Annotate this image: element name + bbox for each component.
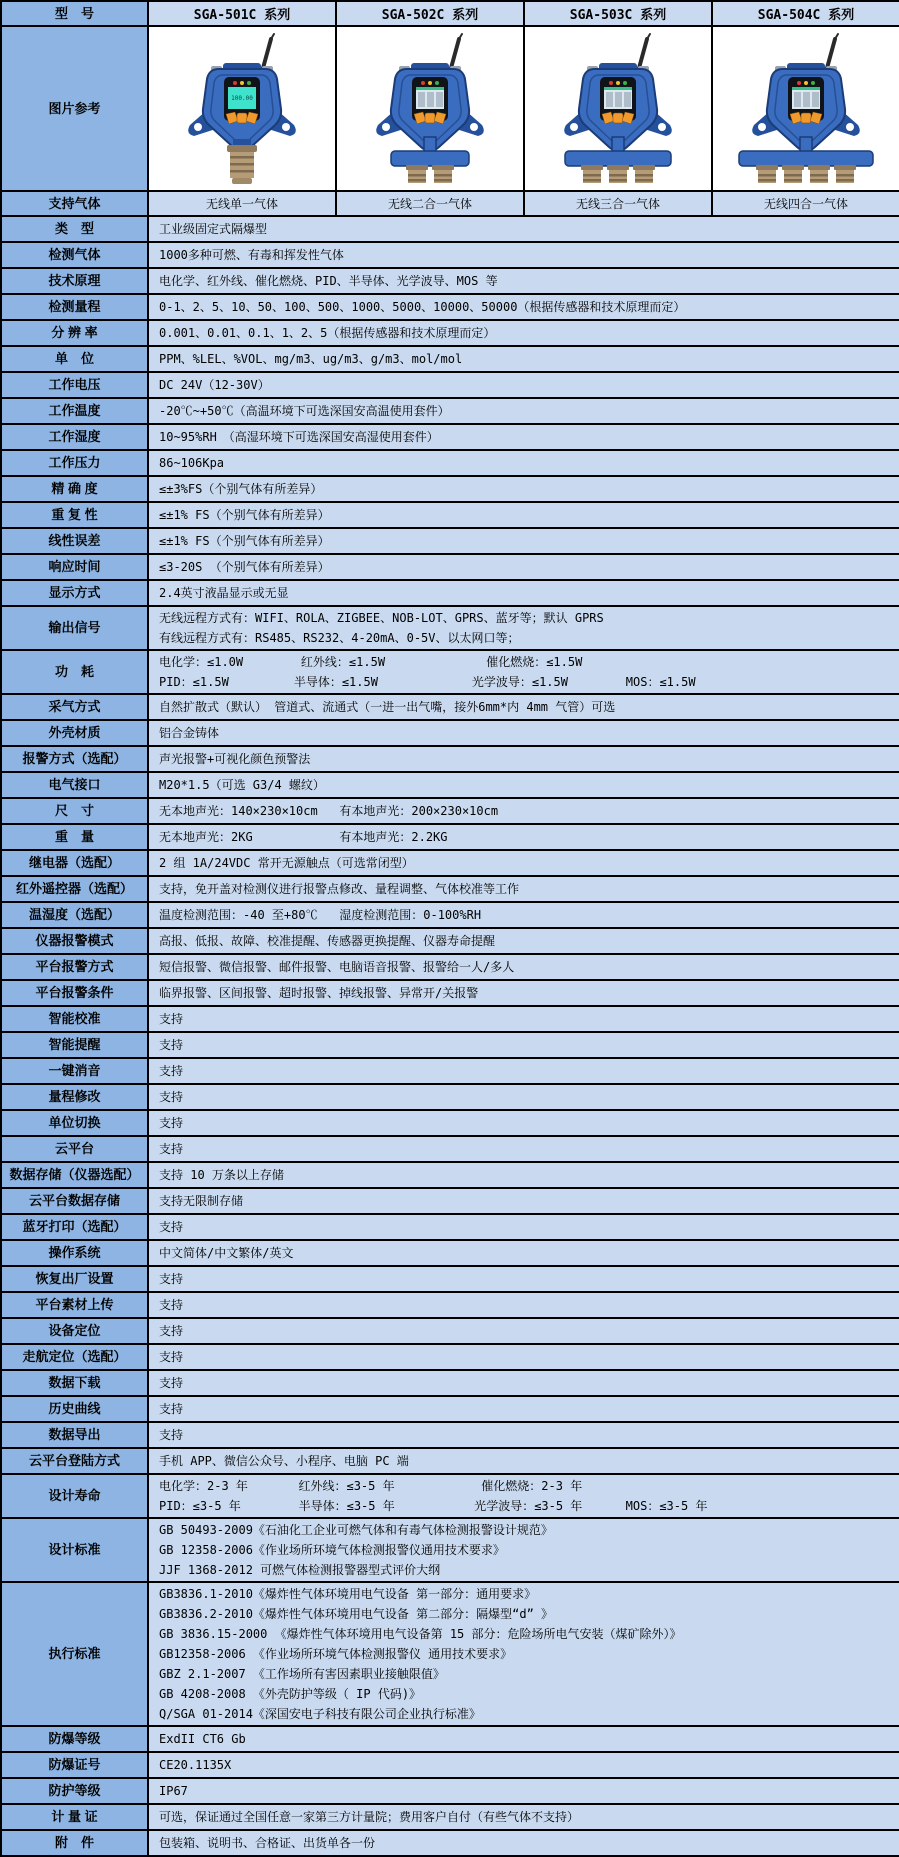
spec-row: 电气接口M20*1.5（可选 G3/4 螺纹） <box>1 772 899 798</box>
spec-row: 工作电压DC 24V（12-30V） <box>1 372 899 398</box>
spec-row-value: 工业级固定式隔爆型 <box>148 216 899 242</box>
spec-value-line: DC 24V（12-30V） <box>159 375 889 395</box>
spec-row: 工作温度-20℃~+50℃（高温环境下可选深国安高温使用套件） <box>1 398 899 424</box>
spec-row-value: CE20.1135X <box>148 1752 899 1778</box>
spec-row: 输出信号无线远程方式有：WIFI、ROLA、ZIGBEE、NOB-LOT、GPR… <box>1 606 899 650</box>
spec-row-label: 数据存储（仪器选配） <box>1 1162 148 1188</box>
spec-row-value: 支持 <box>148 1422 899 1448</box>
spec-row-value: 可选，保证通过全国任意一家第三方计量院；费用客户自付（有些气体不支持） <box>148 1804 899 1830</box>
supported-gas-label: 支持气体 <box>1 191 148 216</box>
spec-value-line: 支持 <box>159 1009 889 1029</box>
spec-value-line: ≤±1% FS（个别气体有所差异） <box>159 505 889 525</box>
spec-value-line: 0-1、2、5、10、50、100、500、1000、5000、10000、50… <box>159 297 889 317</box>
spec-value-line: PPM、%LEL、%VOL、mg/m3、ug/m3、g/m3、mol/mol <box>159 349 889 369</box>
spec-row: 执行标准GB3836.1-2010《爆炸性气体环境用电气设备 第一部分：通用要求… <box>1 1582 899 1726</box>
spec-row: 操作系统中文简体/中文繁体/英文 <box>1 1240 899 1266</box>
spec-row: 重 复 性≤±1% FS（个别气体有所差异） <box>1 502 899 528</box>
spec-row-label: 采气方式 <box>1 694 148 720</box>
spec-row-value: 支持 <box>148 1292 899 1318</box>
spec-value-line: 1000多种可燃、有毒和挥发性气体 <box>159 245 889 265</box>
spec-value-line: 2 组 1A/24VDC 常开无源触点（可选常闭型） <box>159 853 889 873</box>
spec-value-line: 支持 <box>159 1035 889 1055</box>
spec-value-line: GB 12358-2006《作业场所环境气体检测报警仪通用技术要求》 <box>159 1540 889 1560</box>
spec-row-value: GB3836.1-2010《爆炸性气体环境用电气设备 第一部分：通用要求》GB3… <box>148 1582 899 1726</box>
gas-detector-image-2 <box>355 27 505 190</box>
spec-row-label: 防爆证号 <box>1 1752 148 1778</box>
spec-row-label: 设计寿命 <box>1 1474 148 1518</box>
spec-value-line: 支持 <box>159 1295 889 1315</box>
spec-row-label: 工作压力 <box>1 450 148 476</box>
spec-row-value: ExdII CT6 Gb <box>148 1726 899 1752</box>
spec-row: 线性误差≤±1% FS（个别气体有所差异） <box>1 528 899 554</box>
spec-value-line: PID：≤1.5W 半导体：≤1.5W 光学波导：≤1.5W MOS：≤1.5W <box>159 672 889 692</box>
spec-value-line: 电化学：2-3 年 红外线：≤3-5 年 催化燃烧：2-3 年 <box>159 1476 889 1496</box>
spec-row-value: 电化学：2-3 年 红外线：≤3-5 年 催化燃烧：2-3 年PID：≤3-5 … <box>148 1474 899 1518</box>
spec-value-line: 支持 <box>159 1269 889 1289</box>
spec-row: 智能提醒支持 <box>1 1032 899 1058</box>
spec-row-label: 走航定位（选配） <box>1 1344 148 1370</box>
spec-row-value: 支持 <box>148 1344 899 1370</box>
spec-row-value: ≤±1% FS（个别气体有所差异） <box>148 528 899 554</box>
spec-row-label: 智能校准 <box>1 1006 148 1032</box>
spec-row-value: 86~106Kpa <box>148 450 899 476</box>
spec-row: 响应时间≤3-20S （个别气体有所差异） <box>1 554 899 580</box>
spec-value-line: 手机 APP、微信公众号、小程序、电脑 PC 端 <box>159 1451 889 1471</box>
spec-value-line: 中文简体/中文繁体/英文 <box>159 1243 889 1263</box>
spec-row-value: 无线远程方式有：WIFI、ROLA、ZIGBEE、NOB-LOT、GPRS、蓝牙… <box>148 606 899 650</box>
spec-value-line: -20℃~+50℃（高温环境下可选深国安高温使用套件） <box>159 401 889 421</box>
gas-detector-image-4 <box>731 27 881 190</box>
spec-row: 平台报警方式短信报警、微信报警、邮件报警、电脑语音报警、报警给一人/多人 <box>1 954 899 980</box>
model-header-row: 型 号 SGA-501C 系列 SGA-502C 系列 SGA-503C 系列 … <box>1 1 899 26</box>
spec-value-line: GB12358-2006 《作业场所环境气体检测报警仪 通用技术要求》 <box>159 1644 889 1664</box>
spec-row: 设备定位支持 <box>1 1318 899 1344</box>
spec-row-label: 报警方式（选配） <box>1 746 148 772</box>
spec-value-line: 支持 <box>159 1113 889 1133</box>
spec-row-label: 温湿度（选配） <box>1 902 148 928</box>
spec-row-value: 支持 <box>148 1318 899 1344</box>
spec-row: 恢复出厂设置支持 <box>1 1266 899 1292</box>
spec-row: 显示方式2.4英寸液晶显示或无显 <box>1 580 899 606</box>
spec-row-label: 计 量 证 <box>1 1804 148 1830</box>
spec-row-label: 量程修改 <box>1 1084 148 1110</box>
spec-value-line: 无本地声光：2KG 有本地声光：2.2KG <box>159 827 889 847</box>
supported-gas-row: 支持气体 无线单一气体 无线二合一气体 无线三合一气体 无线四合一气体 <box>1 191 899 216</box>
spec-row-label: 蓝牙打印（选配） <box>1 1214 148 1240</box>
spec-value-line: 自然扩散式（默认） 管道式、流通式（一进一出气嘴，接外6mm*内 4mm 气管）… <box>159 697 889 717</box>
spec-row-value: 电化学：≤1.0W 红外线：≤1.5W 催化燃烧：≤1.5WPID：≤1.5W … <box>148 650 899 694</box>
spec-value-line: 2.4英寸液晶显示或无显 <box>159 583 889 603</box>
spec-row-label: 工作湿度 <box>1 424 148 450</box>
spec-row: 继电器（选配）2 组 1A/24VDC 常开无源触点（可选常闭型） <box>1 850 899 876</box>
spec-row-value: 短信报警、微信报警、邮件报警、电脑语音报警、报警给一人/多人 <box>148 954 899 980</box>
spec-row-value: 临界报警、区间报警、超时报警、掉线报警、异常开/关报警 <box>148 980 899 1006</box>
image-reference-row: 图片参考 100.00 <box>1 26 899 191</box>
spec-row: 尺 寸无本地声光：140×230×10cm 有本地声光：200×230×10cm <box>1 798 899 824</box>
spec-row: 云平台支持 <box>1 1136 899 1162</box>
spec-value-line: ExdII CT6 Gb <box>159 1729 889 1749</box>
spec-row: 单位切换支持 <box>1 1110 899 1136</box>
spec-value-line: 电化学：≤1.0W 红外线：≤1.5W 催化燃烧：≤1.5W <box>159 652 889 672</box>
spec-value-line: 支持 <box>159 1139 889 1159</box>
spec-value-line: 支持，免开盖对检测仪进行报警点修改、量程调整、气体校准等工作 <box>159 879 889 899</box>
spec-row: 仪器报警模式高报、低报、故障、校准提醒、传感器更换提醒、仪器寿命提醒 <box>1 928 899 954</box>
model-name-sga-501c: SGA-501C 系列 <box>148 1 336 26</box>
spec-row: 防护等级IP67 <box>1 1778 899 1804</box>
spec-row-value: 无本地声光：2KG 有本地声光：2.2KG <box>148 824 899 850</box>
spec-value-line: GB 50493-2009《石油化工企业可燃气体和有毒气体检测报警设计规范》 <box>159 1520 889 1540</box>
gas-detector-image-1: 100.00 <box>167 27 317 190</box>
spec-value-line: 支持 <box>159 1321 889 1341</box>
spec-value-line: 支持 <box>159 1425 889 1445</box>
spec-value-line: GB3836.1-2010《爆炸性气体环境用电气设备 第一部分：通用要求》 <box>159 1584 889 1604</box>
spec-value-line: 支持 <box>159 1347 889 1367</box>
svg-text:100.00: 100.00 <box>231 95 253 102</box>
supported-gas-value-3: 无线三合一气体 <box>524 191 712 216</box>
spec-row-label: 功 耗 <box>1 650 148 694</box>
spec-value-line: GB3836.2-2010《爆炸性气体环境用电气设备 第二部分：隔爆型“d” 》 <box>159 1604 889 1624</box>
spec-value-line: 临界报警、区间报警、超时报警、掉线报警、异常开/关报警 <box>159 983 889 1003</box>
spec-row-label: 技术原理 <box>1 268 148 294</box>
spec-row: 量程修改支持 <box>1 1084 899 1110</box>
spec-value-line: 0.001、0.01、0.1、1、2、5（根据传感器和技术原理而定） <box>159 323 889 343</box>
spec-row: 技术原理电化学、红外线、催化燃烧、PID、半导体、光学波导、MOS 等 <box>1 268 899 294</box>
spec-value-line: GBZ 2.1-2007 《工作场所有害因素职业接触限值》 <box>159 1664 889 1684</box>
spec-value-line: IP67 <box>159 1781 889 1801</box>
spec-row-label: 云平台 <box>1 1136 148 1162</box>
supported-gas-value-4: 无线四合一气体 <box>712 191 899 216</box>
spec-row: 防爆等级ExdII CT6 Gb <box>1 1726 899 1752</box>
spec-value-line: 有线远程方式有：RS485、RS232、4-20mA、0-5V、以太网口等； <box>159 628 889 648</box>
spec-value-line: 10~95%RH （高湿环境下可选深国安高湿使用套件） <box>159 427 889 447</box>
spec-row: 类 型工业级固定式隔爆型 <box>1 216 899 242</box>
spec-row-label: 数据下载 <box>1 1370 148 1396</box>
spec-row: 历史曲线支持 <box>1 1396 899 1422</box>
spec-row-value: M20*1.5（可选 G3/4 螺纹） <box>148 772 899 798</box>
spec-value-line: JJF 1368-2012 可燃气体检测报警器型式评价大纲 <box>159 1560 889 1580</box>
spec-row-value: 支持 <box>148 1396 899 1422</box>
spec-row-label: 工作电压 <box>1 372 148 398</box>
spec-row-value: ≤±1% FS（个别气体有所差异） <box>148 502 899 528</box>
spec-row-label: 继电器（选配） <box>1 850 148 876</box>
spec-value-line: ≤±3%FS（个别气体有所差异） <box>159 479 889 499</box>
spec-row-label: 云平台数据存储 <box>1 1188 148 1214</box>
spec-row-label: 一键消音 <box>1 1058 148 1084</box>
spec-row: 重 量无本地声光：2KG 有本地声光：2.2KG <box>1 824 899 850</box>
spec-value-line: 电化学、红外线、催化燃烧、PID、半导体、光学波导、MOS 等 <box>159 271 889 291</box>
spec-value-line: 支持 10 万条以上存储 <box>159 1165 889 1185</box>
spec-row: 检测气体1000多种可燃、有毒和挥发性气体 <box>1 242 899 268</box>
spec-value-line: 工业级固定式隔爆型 <box>159 219 889 239</box>
spec-value-line: ≤3-20S （个别气体有所差异） <box>159 557 889 577</box>
spec-value-line: 高报、低报、故障、校准提醒、传感器更换提醒、仪器寿命提醒 <box>159 931 889 951</box>
spec-value-line: GB 4208-2008 《外壳防护等级（ IP 代码)》 <box>159 1684 889 1704</box>
spec-row-value: 0-1、2、5、10、50、100、500、1000、5000、10000、50… <box>148 294 899 320</box>
spec-row: 分 辨 率0.001、0.01、0.1、1、2、5（根据传感器和技术原理而定） <box>1 320 899 346</box>
spec-row-value: 支持 <box>148 1032 899 1058</box>
spec-value-line: GB 3836.15-2000 《爆炸性气体环境用电气设备第 15 部分：危险场… <box>159 1624 889 1644</box>
spec-row-value: GB 50493-2009《石油化工企业可燃气体和有毒气体检测报警设计规范》GB… <box>148 1518 899 1582</box>
spec-row: 检测量程0-1、2、5、10、50、100、500、1000、5000、1000… <box>1 294 899 320</box>
spec-row-label: 响应时间 <box>1 554 148 580</box>
model-name-sga-502c: SGA-502C 系列 <box>336 1 524 26</box>
spec-row: 工作湿度10~95%RH （高湿环境下可选深国安高湿使用套件） <box>1 424 899 450</box>
spec-row-value: 1000多种可燃、有毒和挥发性气体 <box>148 242 899 268</box>
spec-row-label: 输出信号 <box>1 606 148 650</box>
spec-row-value: 支持 10 万条以上存储 <box>148 1162 899 1188</box>
spec-row: 平台素材上传支持 <box>1 1292 899 1318</box>
spec-row-label: 设计标准 <box>1 1518 148 1582</box>
spec-row: 云平台数据存储支持无限制存储 <box>1 1188 899 1214</box>
spec-value-line: 包装箱、说明书、合格证、出货单各一份 <box>159 1833 889 1853</box>
spec-value-line: 支持 <box>159 1373 889 1393</box>
spec-row-value: 支持 <box>148 1084 899 1110</box>
spec-value-line: 支持 <box>159 1061 889 1081</box>
spec-row-value: 支持 <box>148 1058 899 1084</box>
spec-row-value: 2.4英寸液晶显示或无显 <box>148 580 899 606</box>
spec-row: 采气方式自然扩散式（默认） 管道式、流通式（一进一出气嘴，接外6mm*内 4mm… <box>1 694 899 720</box>
spec-row: 温湿度（选配）温度检测范围：-40 至+80℃ 湿度检测范围：0-100%RH <box>1 902 899 928</box>
spec-row-label: 红外遥控器（选配） <box>1 876 148 902</box>
spec-value-line: 温度检测范围：-40 至+80℃ 湿度检测范围：0-100%RH <box>159 905 889 925</box>
spec-row-label: 恢复出厂设置 <box>1 1266 148 1292</box>
spec-row-value: 2 组 1A/24VDC 常开无源触点（可选常闭型） <box>148 850 899 876</box>
spec-row: 设计标准GB 50493-2009《石油化工企业可燃气体和有毒气体检测报警设计规… <box>1 1518 899 1582</box>
spec-row-value: 支持 <box>148 1214 899 1240</box>
spec-row-value: 包装箱、说明书、合格证、出货单各一份 <box>148 1830 899 1856</box>
spec-row-label: 尺 寸 <box>1 798 148 824</box>
spec-row: 数据下载支持 <box>1 1370 899 1396</box>
spec-row: 智能校准支持 <box>1 1006 899 1032</box>
spec-row-value: ≤3-20S （个别气体有所差异） <box>148 554 899 580</box>
spec-row-value: DC 24V（12-30V） <box>148 372 899 398</box>
spec-row-label: 工作温度 <box>1 398 148 424</box>
spec-value-line: ≤±1% FS（个别气体有所差异） <box>159 531 889 551</box>
spec-row-label: 精 确 度 <box>1 476 148 502</box>
spec-row-label: 防护等级 <box>1 1778 148 1804</box>
model-name-sga-504c: SGA-504C 系列 <box>712 1 899 26</box>
spec-value-line: 铝合金铸体 <box>159 723 889 743</box>
spec-row-label: 智能提醒 <box>1 1032 148 1058</box>
spec-row-label: 执行标准 <box>1 1582 148 1726</box>
spec-value-line: CE20.1135X <box>159 1755 889 1775</box>
spec-row-value: 手机 APP、微信公众号、小程序、电脑 PC 端 <box>148 1448 899 1474</box>
supported-gas-value-1: 无线单一气体 <box>148 191 336 216</box>
spec-row-value: 支持 <box>148 1136 899 1162</box>
spec-row-label: 平台报警方式 <box>1 954 148 980</box>
spec-row-value: ≤±3%FS（个别气体有所差异） <box>148 476 899 502</box>
spec-row-label: 分 辨 率 <box>1 320 148 346</box>
spec-value-line: 无线远程方式有：WIFI、ROLA、ZIGBEE、NOB-LOT、GPRS、蓝牙… <box>159 608 889 628</box>
spec-row-value: 电化学、红外线、催化燃烧、PID、半导体、光学波导、MOS 等 <box>148 268 899 294</box>
model-header-label: 型 号 <box>1 1 148 26</box>
spec-row-value: 支持 <box>148 1266 899 1292</box>
spec-value-line: 声光报警+可视化颜色预警法 <box>159 749 889 769</box>
spec-row-value: 中文简体/中文繁体/英文 <box>148 1240 899 1266</box>
spec-row-label: 重 复 性 <box>1 502 148 528</box>
spec-row: 精 确 度≤±3%FS（个别气体有所差异） <box>1 476 899 502</box>
spec-row: 计 量 证可选，保证通过全国任意一家第三方计量院；费用客户自付（有些气体不支持） <box>1 1804 899 1830</box>
spec-value-line: 支持 <box>159 1217 889 1237</box>
spec-value-line: 支持 <box>159 1399 889 1419</box>
spec-row: 平台报警条件临界报警、区间报警、超时报警、掉线报警、异常开/关报警 <box>1 980 899 1006</box>
spec-row-label: 仪器报警模式 <box>1 928 148 954</box>
spec-row: 云平台登陆方式手机 APP、微信公众号、小程序、电脑 PC 端 <box>1 1448 899 1474</box>
spec-row-value: IP67 <box>148 1778 899 1804</box>
spec-row: 外壳材质铝合金铸体 <box>1 720 899 746</box>
spec-row: 一键消音支持 <box>1 1058 899 1084</box>
spec-row-value: 10~95%RH （高湿环境下可选深国安高湿使用套件） <box>148 424 899 450</box>
spec-row: 功 耗电化学：≤1.0W 红外线：≤1.5W 催化燃烧：≤1.5WPID：≤1.… <box>1 650 899 694</box>
spec-row-label: 防爆等级 <box>1 1726 148 1752</box>
spec-row: 设计寿命电化学：2-3 年 红外线：≤3-5 年 催化燃烧：2-3 年PID：≤… <box>1 1474 899 1518</box>
spec-row-label: 检测气体 <box>1 242 148 268</box>
spec-row-value: 自然扩散式（默认） 管道式、流通式（一进一出气嘴，接外6mm*内 4mm 气管）… <box>148 694 899 720</box>
spec-row: 防爆证号CE20.1135X <box>1 1752 899 1778</box>
spec-row-label: 云平台登陆方式 <box>1 1448 148 1474</box>
spec-row-value: 0.001、0.01、0.1、1、2、5（根据传感器和技术原理而定） <box>148 320 899 346</box>
spec-row-label: 检测量程 <box>1 294 148 320</box>
spec-row-label: 单 位 <box>1 346 148 372</box>
spec-row: 红外遥控器（选配）支持，免开盖对检测仪进行报警点修改、量程调整、气体校准等工作 <box>1 876 899 902</box>
image-row-label: 图片参考 <box>1 26 148 191</box>
spec-value-line: 无本地声光：140×230×10cm 有本地声光：200×230×10cm <box>159 801 889 821</box>
gas-detector-image-3 <box>543 27 693 190</box>
spec-value-line: 可选，保证通过全国任意一家第三方计量院；费用客户自付（有些气体不支持） <box>159 1807 889 1827</box>
spec-row-label: 单位切换 <box>1 1110 148 1136</box>
spec-row-label: 附 件 <box>1 1830 148 1856</box>
spec-value-line: Q/SGA 01-2014《深国安电子科技有限公司企业执行标准》 <box>159 1704 889 1724</box>
model-name-sga-503c: SGA-503C 系列 <box>524 1 712 26</box>
spec-row-label: 设备定位 <box>1 1318 148 1344</box>
spec-row: 单 位PPM、%LEL、%VOL、mg/m3、ug/m3、g/m3、mol/mo… <box>1 346 899 372</box>
supported-gas-value-2: 无线二合一气体 <box>336 191 524 216</box>
spec-row: 蓝牙打印（选配）支持 <box>1 1214 899 1240</box>
spec-row-value: 支持 <box>148 1110 899 1136</box>
spec-value-line: M20*1.5（可选 G3/4 螺纹） <box>159 775 889 795</box>
spec-row-value: 声光报警+可视化颜色预警法 <box>148 746 899 772</box>
spec-row-label: 线性误差 <box>1 528 148 554</box>
spec-row: 走航定位（选配）支持 <box>1 1344 899 1370</box>
spec-value-line: PID：≤3-5 年 半导体：≤3-5 年 光学波导：≤3-5 年 MOS：≤3… <box>159 1496 889 1516</box>
spec-value-line: 短信报警、微信报警、邮件报警、电脑语音报警、报警给一人/多人 <box>159 957 889 977</box>
spec-row-value: 铝合金铸体 <box>148 720 899 746</box>
spec-row-label: 历史曲线 <box>1 1396 148 1422</box>
spec-row-value: 支持 <box>148 1370 899 1396</box>
spec-row-value: 支持，免开盖对检测仪进行报警点修改、量程调整、气体校准等工作 <box>148 876 899 902</box>
spec-row-label: 外壳材质 <box>1 720 148 746</box>
spec-row-value: 无本地声光：140×230×10cm 有本地声光：200×230×10cm <box>148 798 899 824</box>
spec-row-label: 电气接口 <box>1 772 148 798</box>
spec-row: 数据存储（仪器选配）支持 10 万条以上存储 <box>1 1162 899 1188</box>
spec-row-label: 平台报警条件 <box>1 980 148 1006</box>
spec-row-label: 操作系统 <box>1 1240 148 1266</box>
spec-row: 数据导出支持 <box>1 1422 899 1448</box>
spec-row-label: 数据导出 <box>1 1422 148 1448</box>
spec-value-line: 86~106Kpa <box>159 453 889 473</box>
spec-row-value: 支持无限制存储 <box>148 1188 899 1214</box>
spec-row-label: 平台素材上传 <box>1 1292 148 1318</box>
spec-row-label: 类 型 <box>1 216 148 242</box>
spec-row-value: PPM、%LEL、%VOL、mg/m3、ug/m3、g/m3、mol/mol <box>148 346 899 372</box>
spec-row: 附 件包装箱、说明书、合格证、出货单各一份 <box>1 1830 899 1856</box>
spec-row-value: 温度检测范围：-40 至+80℃ 湿度检测范围：0-100%RH <box>148 902 899 928</box>
spec-row-label: 重 量 <box>1 824 148 850</box>
spec-row: 报警方式（选配）声光报警+可视化颜色预警法 <box>1 746 899 772</box>
spec-value-line: 支持无限制存储 <box>159 1191 889 1211</box>
spec-row-value: -20℃~+50℃（高温环境下可选深国安高温使用套件） <box>148 398 899 424</box>
spec-value-line: 支持 <box>159 1087 889 1107</box>
spec-row-value: 高报、低报、故障、校准提醒、传感器更换提醒、仪器寿命提醒 <box>148 928 899 954</box>
spec-row-label: 显示方式 <box>1 580 148 606</box>
spec-row-value: 支持 <box>148 1006 899 1032</box>
product-spec-table: 型 号 SGA-501C 系列 SGA-502C 系列 SGA-503C 系列 … <box>0 0 899 1857</box>
spec-row: 工作压力86~106Kpa <box>1 450 899 476</box>
